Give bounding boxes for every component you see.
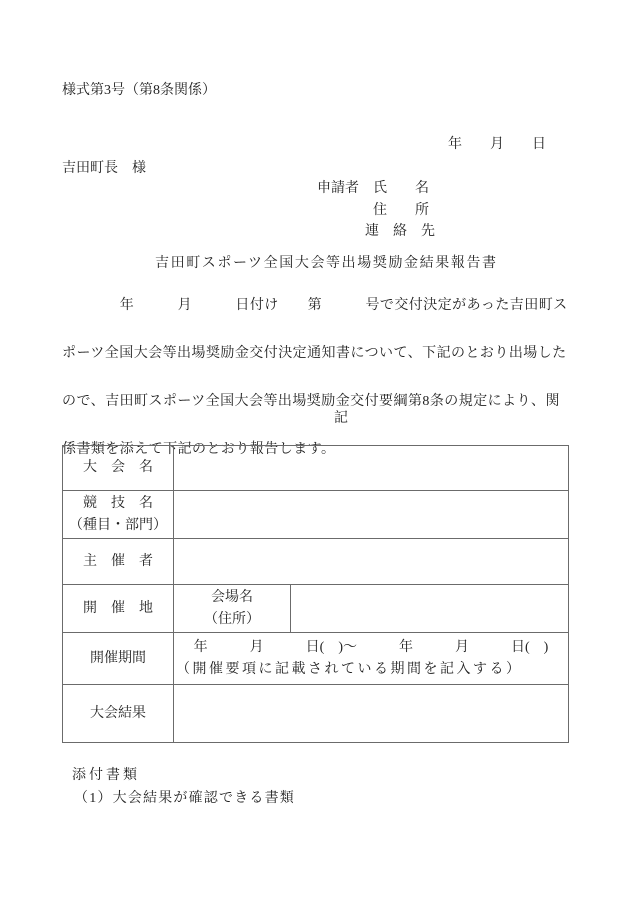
period-label: 開催期間 [63, 633, 174, 685]
addressee: 吉田町長 様 [62, 157, 146, 177]
competition-value-cell [174, 491, 569, 539]
venue-sub-label-line1: 会場名 [211, 590, 253, 605]
table-row-period: 開催期間 年 月 日( )～ 年 月 日( ) （開催要項に記載されている期間を… [63, 633, 569, 685]
event-name-value-cell [174, 446, 569, 491]
period-value-cell: 年 月 日( )～ 年 月 日( ) （開催要項に記載されている期間を記入する） [174, 633, 569, 685]
applicant-contact-line: 連 絡 先 [365, 220, 435, 240]
competition-label-line2: （種目・部門） [69, 518, 167, 533]
body-paragraph: 年 月 日付け 第 号で交付決定があった吉田町ス ポーツ全国大会等出場奨励金交付… [62, 294, 574, 462]
event-name-label: 大 会 名 [63, 446, 174, 491]
date-line: 年 月 日 [448, 133, 546, 153]
organizer-label: 主 催 者 [63, 539, 174, 585]
body-line-1: 年 月 日付け 第 号で交付決定があった吉田町ス [62, 298, 568, 313]
attachments-heading: 添付書類 [72, 764, 140, 784]
applicant-name-line: 申請者 氏 名 [317, 177, 429, 197]
venue-sub-label-line2: （住所） [204, 612, 260, 627]
ki-heading: 記 [334, 407, 348, 427]
period-value-line1: 年 月 日( )～ 年 月 日( ) [174, 637, 568, 659]
venue-value-cell [291, 585, 569, 633]
document-title: 吉田町スポーツ全国大会等出場奨励金結果報告書 [155, 252, 498, 272]
table-row-competition: 競 技 名（種目・部門） [63, 491, 569, 539]
period-value-line2: （開催要項に記載されている期間を記入する） [174, 659, 568, 681]
venue-sub-label: 会場名（住所） [174, 585, 291, 633]
competition-label-line1: 競 技 名 [83, 496, 153, 511]
venue-label: 開 催 地 [63, 585, 174, 633]
result-label: 大会結果 [63, 685, 174, 743]
table-row-venue: 開 催 地 会場名（住所） [63, 585, 569, 633]
applicant-address-line: 住 所 [373, 199, 429, 219]
document-page: 様式第3号（第8条関係） 年 月 日 吉田町長 様 申請者 氏 名 住 所 連 … [0, 0, 630, 903]
result-value-cell [174, 685, 569, 743]
body-line-3: ので、吉田町スポーツ全国大会等出場奨励金交付要綱第8条の規定により、関 [62, 394, 560, 409]
table-row-result: 大会結果 [63, 685, 569, 743]
attachment-item-1: （1）大会結果が確認できる書類 [74, 787, 295, 807]
table-row-event-name: 大 会 名 [63, 446, 569, 491]
table-row-organizer: 主 催 者 [63, 539, 569, 585]
results-table: 大 会 名 競 技 名（種目・部門） 主 催 者 開 催 地 会場名（住所） 開… [62, 445, 569, 743]
body-line-2: ポーツ全国大会等出場奨励金交付決定通知書について、下記のとおり出場した [62, 346, 567, 361]
form-number: 様式第3号（第8条関係） [62, 79, 216, 99]
competition-label: 競 技 名（種目・部門） [63, 491, 174, 539]
organizer-value-cell [174, 539, 569, 585]
